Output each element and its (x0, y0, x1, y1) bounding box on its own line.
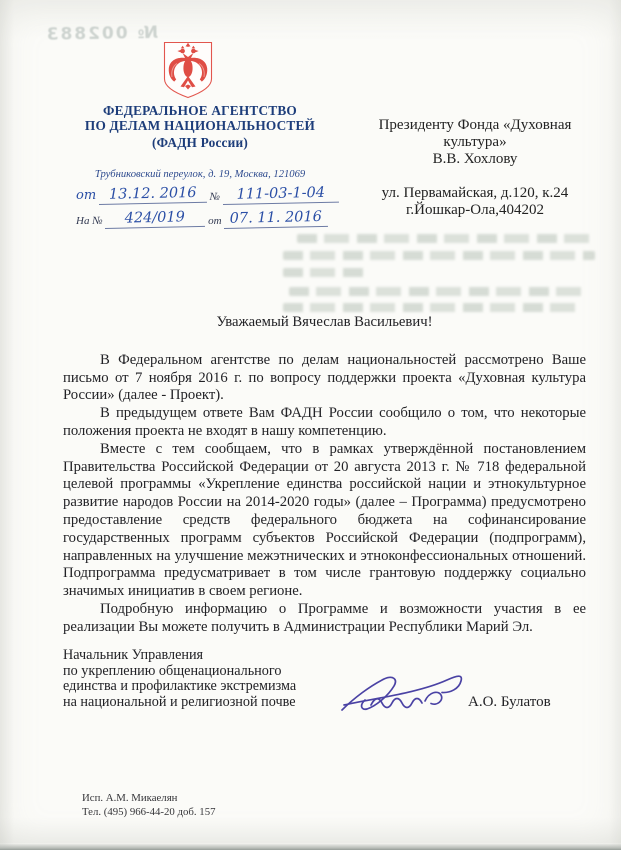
outgoing-number-label: № (210, 191, 220, 205)
bleed-through-line (283, 251, 595, 260)
bleed-through-line (289, 287, 589, 296)
handwritten-signature-icon (338, 664, 473, 726)
recipient-title-line2: культура» (362, 134, 588, 151)
reference-date-handwritten: 07. 11. 2016 (224, 209, 328, 229)
recipient-block: Президенту Фонда «Духовная культура» В.В… (362, 117, 588, 219)
agency-abbreviation: (ФАДН России) (55, 135, 345, 150)
recipient-title-line1: Президенту Фонда «Духовная (362, 117, 588, 134)
paragraph-1: В Федеральном агентстве по делам национа… (63, 352, 586, 405)
signatory-title: Начальник Управления по укреплению общен… (63, 648, 363, 711)
executor-name: Исп. А.М. Микаелян (82, 792, 216, 806)
signatory-name: А.О. Булатов (468, 694, 578, 711)
agency-address: Трубниковский переулок, д. 19, Москва, 1… (55, 169, 345, 180)
bleed-through-text (283, 232, 603, 316)
signatory-title-line3: единства и профилактике экстремизма (63, 679, 363, 695)
recipient-name: В.В. Хохлову (362, 151, 588, 168)
outgoing-from-label: от (76, 188, 96, 205)
scanned-letter-page: № 002883 (0, 0, 621, 850)
scan-bottom-shading (0, 817, 621, 843)
reference-reg-row: На № 424/019 от 07. 11. 2016 (76, 211, 328, 229)
letter-body: Уважаемый Вячеслав Васильевич! В Федерал… (63, 314, 586, 637)
executor-block: Исп. А.М. Микаелян Тел. (495) 966-44-20 … (82, 792, 216, 820)
signatory-title-line4: на национальной и религиозной почве (63, 695, 363, 711)
outgoing-date-handwritten: 13.12. 2016 (99, 185, 207, 205)
outgoing-reg-row: от 13.12. 2016 № 111-03-1-04 (76, 187, 339, 205)
coat-of-arms-icon (163, 41, 213, 99)
agency-name-block: ФЕДЕРАЛЬНОЕ АГЕНТСТВО ПО ДЕЛАМ НАЦИОНАЛЬ… (55, 103, 345, 150)
greeting: Уважаемый Вячеслав Васильевич! (63, 314, 586, 332)
agency-name-line1: ФЕДЕРАЛЬНОЕ АГЕНТСТВО (55, 103, 345, 118)
bleed-through-line (297, 234, 595, 243)
bleed-through-registration-number: № 002883 (28, 23, 158, 45)
reference-from-label: от (208, 215, 221, 229)
reference-number-label: На № (76, 215, 103, 229)
scan-bottom-edge (0, 843, 621, 850)
recipient-address-line1: ул. Первамайская, д.120, к.24 (362, 185, 588, 202)
paragraph-4: Подробную информацию о Программе и возмо… (63, 601, 586, 637)
bleed-through-line (283, 268, 369, 277)
bleed-through-line (283, 303, 579, 312)
outgoing-number-handwritten: 111-03-1-04 (222, 185, 338, 205)
paragraph-2: В предыдущем ответе Вам ФАДН России сооб… (63, 405, 586, 441)
reference-number-handwritten: 424/019 (105, 209, 205, 229)
agency-name-line2: ПО ДЕЛАМ НАЦИОНАЛЬНОСТЕЙ (55, 118, 345, 133)
signatory-title-line2: по укреплению общенационального (63, 664, 363, 680)
paragraph-3: Вместе с тем сообщаем, что в рамках утве… (63, 441, 586, 601)
recipient-address-line2: г.Йошкар-Ола,404202 (362, 202, 588, 219)
signatory-title-line1: Начальник Управления (63, 648, 363, 664)
